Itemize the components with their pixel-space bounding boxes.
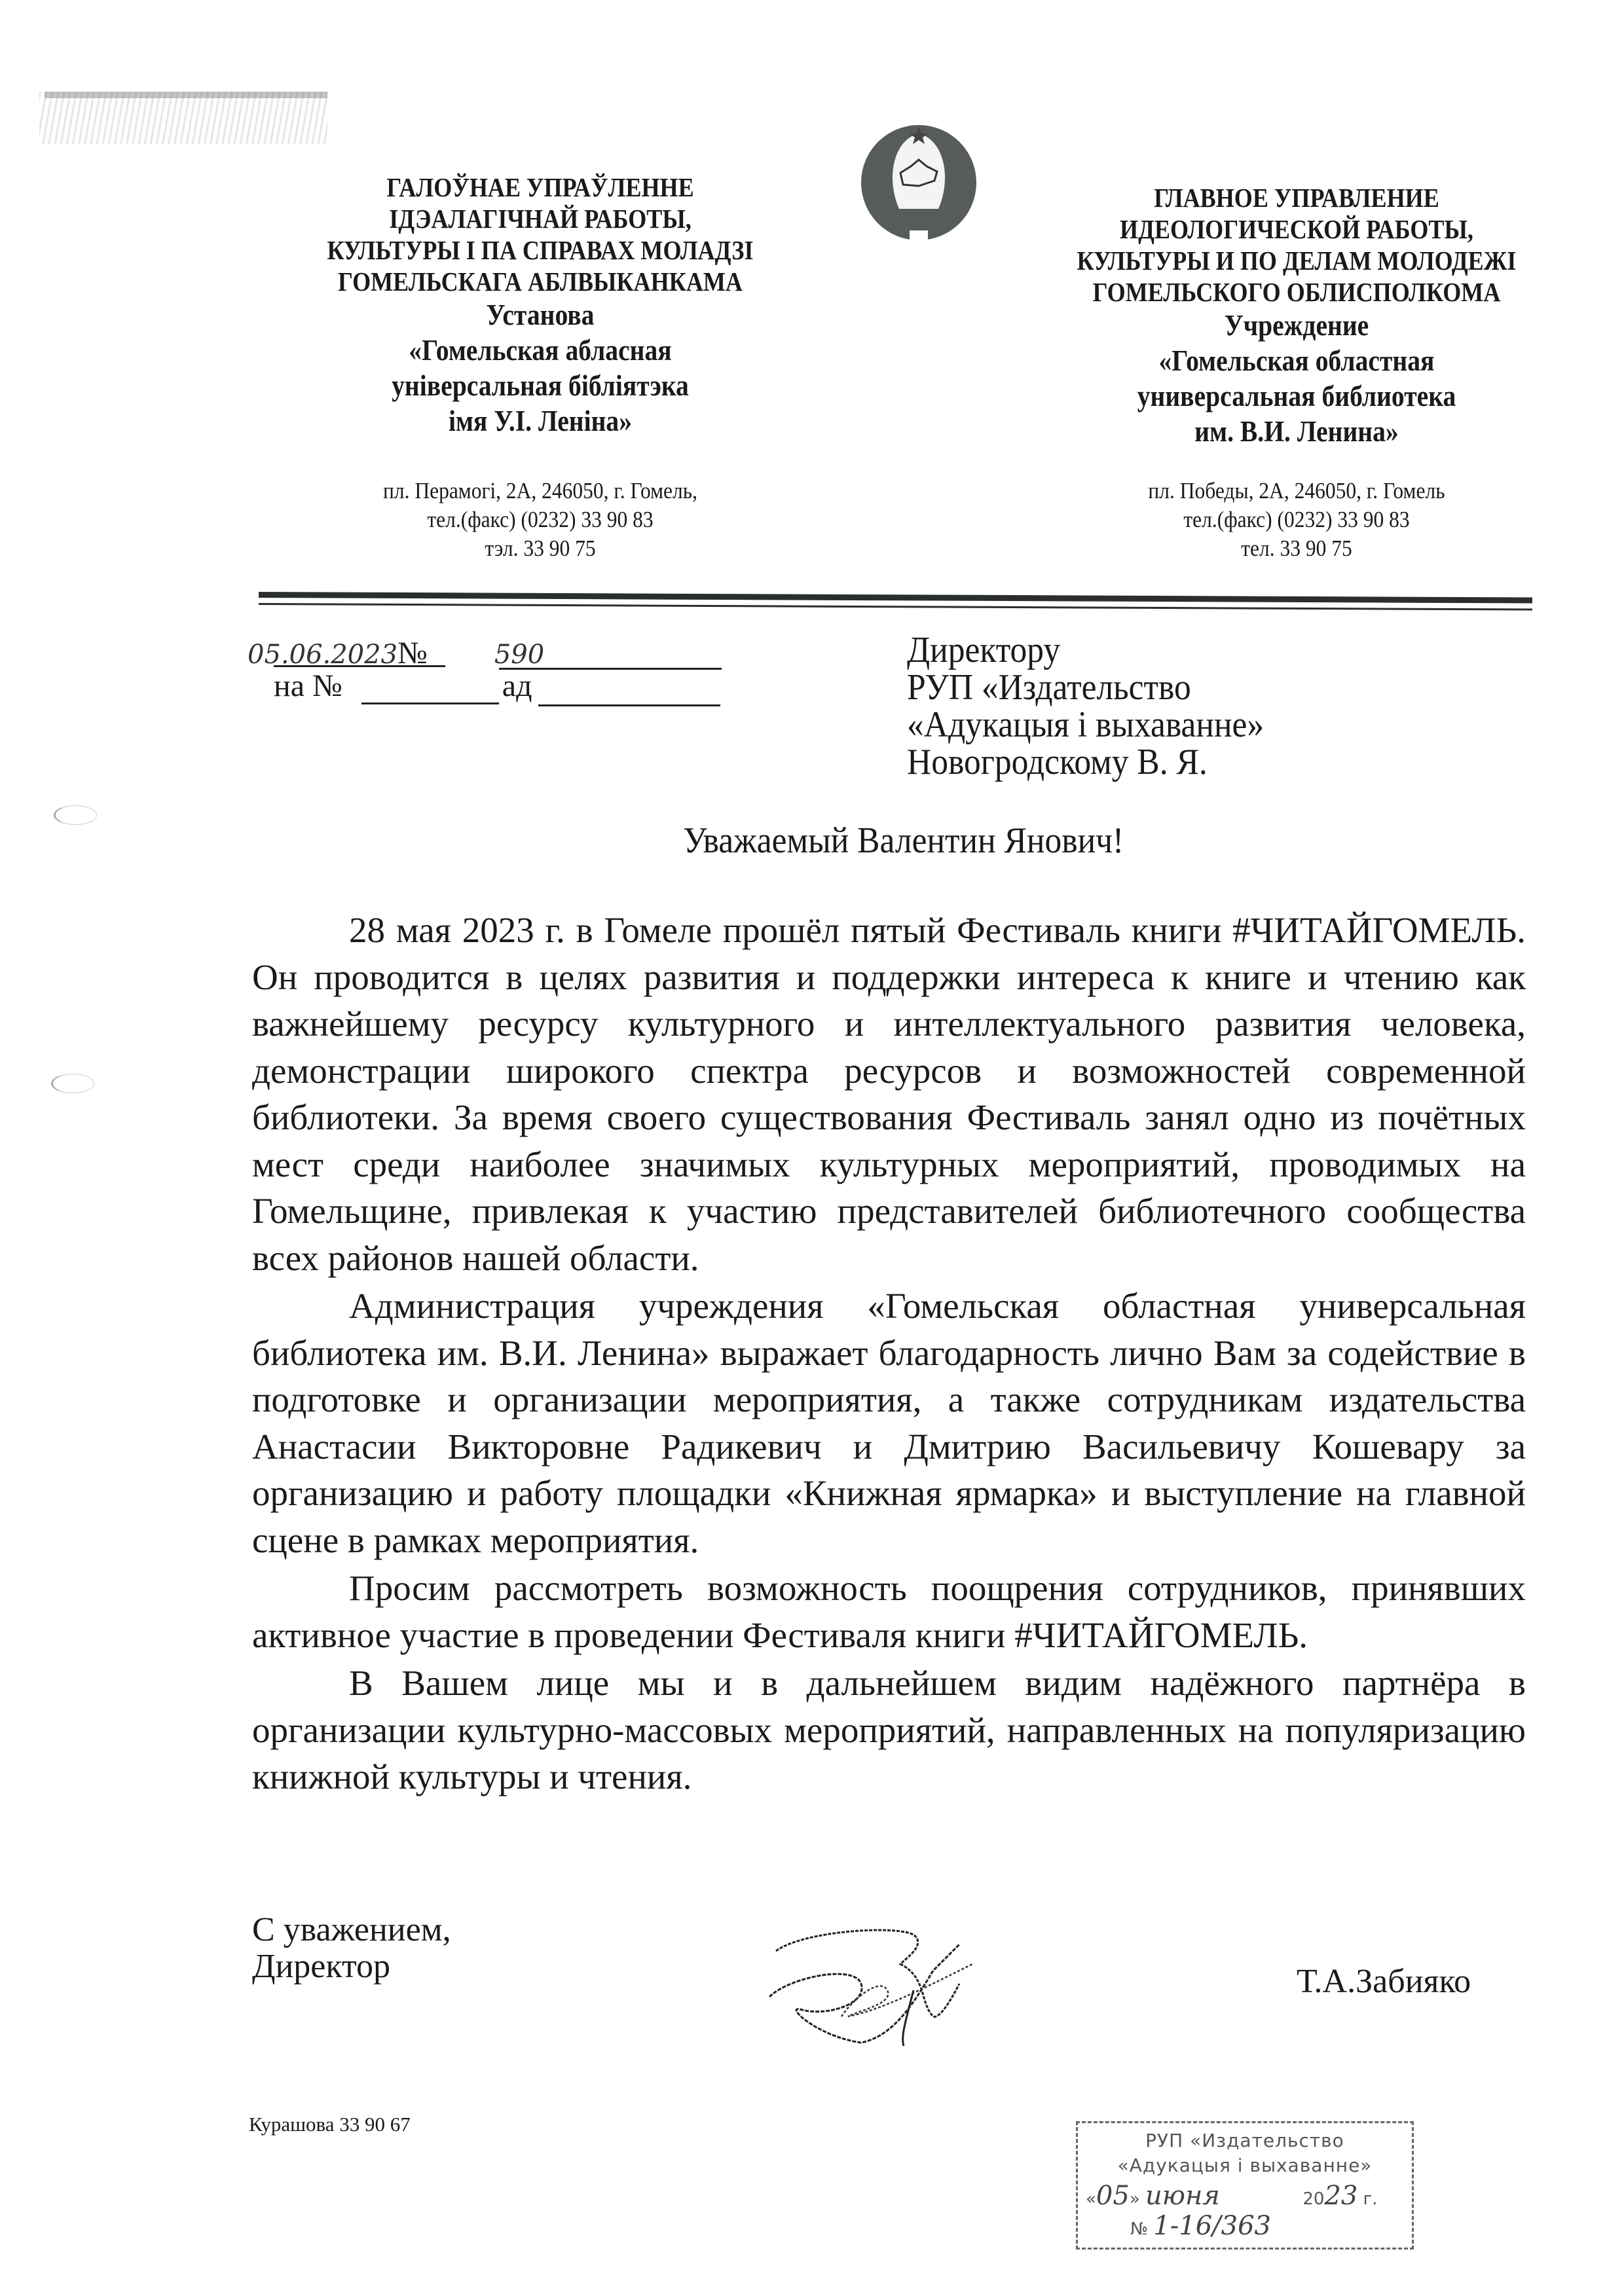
header-line: «Гомельская областная	[1054, 343, 1538, 378]
outgoing-number: 590	[494, 640, 544, 670]
incoming-reference: на № ад	[274, 668, 532, 704]
phone-line: тел.(факс) (0232) 33 90 83	[1049, 505, 1544, 534]
number-underline	[499, 668, 722, 670]
recipient-block: Директору РУП «Издательство «Адукацыя і …	[907, 632, 1264, 781]
stamp-org-line: «Адукацыя і выхаванне»	[1078, 2153, 1412, 2178]
recipient-line: РУП «Издательство	[907, 669, 1264, 706]
header-line: им. В.И. Ленина»	[1054, 414, 1538, 449]
stamp-year: 23	[1324, 2181, 1357, 2211]
body-paragraph: Просим рассмотреть возможность поощрения…	[252, 1565, 1526, 1658]
reply-date-underline	[538, 704, 720, 706]
stamp-number-label: №	[1130, 2219, 1148, 2239]
body-paragraph: Администрация учреждения «Гомельская обл…	[252, 1283, 1526, 1563]
header-line: универсальная библиотека	[1054, 378, 1538, 414]
stamp-org-line: РУП «Издательство	[1078, 2128, 1412, 2153]
closing-phrase: С уважением,	[252, 1912, 451, 1948]
phone-line: тел.(факс) (0232) 33 90 83	[287, 505, 794, 534]
salutation: Уважаемый Валентин Янович!	[683, 820, 1124, 862]
date-underline	[274, 665, 445, 667]
header-line: ГОМЕЛЬСКОГО ОБЛИСПОЛКОМА	[1054, 276, 1538, 308]
reply-number-underline	[361, 702, 499, 704]
stamp-number: 1-16/363	[1153, 2211, 1271, 2241]
letter-body: 28 мая 2023 г. в Гомеле прошёл пятый Фес…	[252, 907, 1526, 1802]
header-line: Установа	[293, 297, 788, 333]
address-left: пл. Перамогі, 2А, 246050, г. Гомель, тел…	[287, 477, 794, 563]
coat-of-arms-icon	[853, 120, 984, 251]
header-line: універсальная бібліятэка	[293, 368, 788, 403]
phone-line: тэл. 33 90 75	[287, 534, 794, 563]
header-line: ГОМЕЛЬСКАГА АБЛВЫКАНКАМА	[293, 266, 788, 297]
recipient-line: Новогродскому В. Я.	[907, 744, 1264, 781]
recipient-line: «Адукацыя і выхаванне»	[907, 706, 1264, 744]
letterhead-right: ГЛАВНОЕ УПРАВЛЕНИЕ ИДЕОЛОГИЧЕСКОЙ РАБОТЫ…	[1054, 182, 1538, 449]
phone-line: тел. 33 90 75	[1049, 534, 1544, 563]
recipient-line: Директору	[907, 632, 1264, 669]
stamp-year-label: г.	[1363, 2189, 1378, 2209]
stamp-day: 05	[1096, 2181, 1130, 2211]
reply-number-label: на №	[274, 668, 342, 703]
signer-title: Директор	[252, 1948, 451, 1985]
header-line: ІДЭАЛАГІЧНАЙ РАБОТЫ,	[293, 203, 788, 234]
header-line: КУЛЬТУРЫ І ПА СПРАВАХ МОЛАДЗІ	[293, 234, 788, 266]
header-line: «Гомельская абласная	[293, 333, 788, 368]
body-paragraph: 28 мая 2023 г. в Гомеле прошёл пятый Фес…	[252, 907, 1526, 1281]
header-line: імя У.І. Леніна»	[293, 403, 788, 439]
address-line: пл. Победы, 2А, 246050, г. Гомель	[1049, 477, 1544, 505]
stamp-number-line: № 1-16/363	[1078, 2211, 1412, 2241]
stamp-month: июня	[1145, 2181, 1220, 2211]
closing-block: С уважением, Директор	[252, 1912, 451, 1985]
executor-contact: Курашова 33 90 67	[249, 2113, 411, 2136]
signer-name: Т.А.Забияко	[1297, 1962, 1471, 2001]
header-divider-thick	[259, 592, 1532, 603]
body-paragraph: В Вашем лице мы и в дальнейшем видим над…	[252, 1660, 1526, 1800]
header-line: ГАЛОЎНАЕ УПРАЎЛЕННЕ	[293, 172, 788, 203]
registration-stamp: РУП «Издательство «Адукацыя і выхаванне»…	[1076, 2121, 1414, 2250]
header-line: КУЛЬТУРЫ И ПО ДЕЛАМ МОЛОДЕЖІ	[1054, 245, 1538, 276]
address-line: пл. Перамогі, 2А, 246050, г. Гомель,	[287, 477, 794, 505]
punch-hole	[51, 1074, 94, 1093]
stamp-year-prefix: 20	[1302, 2189, 1324, 2209]
signature-icon	[763, 1918, 999, 2049]
header-line: ИДЕОЛОГИЧЕСКОЙ РАБОТЫ,	[1054, 213, 1538, 245]
scan-artifact	[39, 92, 327, 144]
header-line: ГЛАВНОЕ УПРАВЛЕНИЕ	[1054, 182, 1538, 213]
header-divider-thin	[259, 603, 1532, 610]
address-right: пл. Победы, 2А, 246050, г. Гомель тел.(ф…	[1049, 477, 1544, 563]
punch-hole	[54, 805, 97, 825]
letterhead-left: ГАЛОЎНАЕ УПРАЎЛЕННЕ ІДЭАЛАГІЧНАЙ РАБОТЫ,…	[293, 172, 788, 439]
header-line: Учреждение	[1054, 308, 1538, 343]
reply-from-label: ад	[502, 668, 532, 703]
stamp-date-line: «05» июня 2023 г.	[1078, 2181, 1412, 2211]
